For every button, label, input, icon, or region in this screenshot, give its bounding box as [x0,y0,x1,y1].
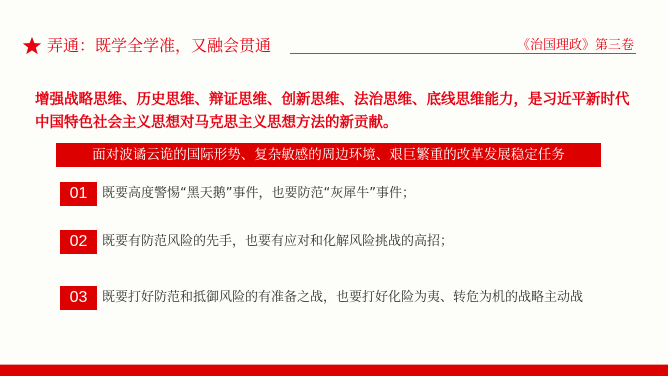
star-icon [22,36,42,56]
slide-header: 弄通：既学全学准，又融会贯通 《治国理政》第三卷 [0,0,668,70]
list-item-text: 既要有防范风险的先手，也要有应对和化解风险挑战的高招； [102,232,453,252]
slide-title: 弄通：既学全学准，又融会贯通 [47,35,271,57]
list-item-text: 既要打好防范和抵御风险的有准备之战，也要打好化险为夷、转危为机的战略主动战 [102,288,583,308]
number-badge: 02 [60,230,97,254]
book-reference: 《治国理政》第三卷 [517,37,634,55]
number-badge: 03 [60,286,97,310]
intro-paragraph: 增强战略思维、历史思维、辩证思维、创新思维、法治思维、底线思维能力，是习近平新时… [35,89,635,135]
number-badge: 01 [60,182,97,206]
footer-bar [0,365,668,376]
context-banner: 面对波谲云诡的国际形势、复杂敏感的周边环境、艰巨繁重的改革发展稳定任务 [56,143,601,167]
list-item-text: 既要高度警惕“黑天鹅”事件，也要防范“灰犀牛”事件； [102,184,415,204]
